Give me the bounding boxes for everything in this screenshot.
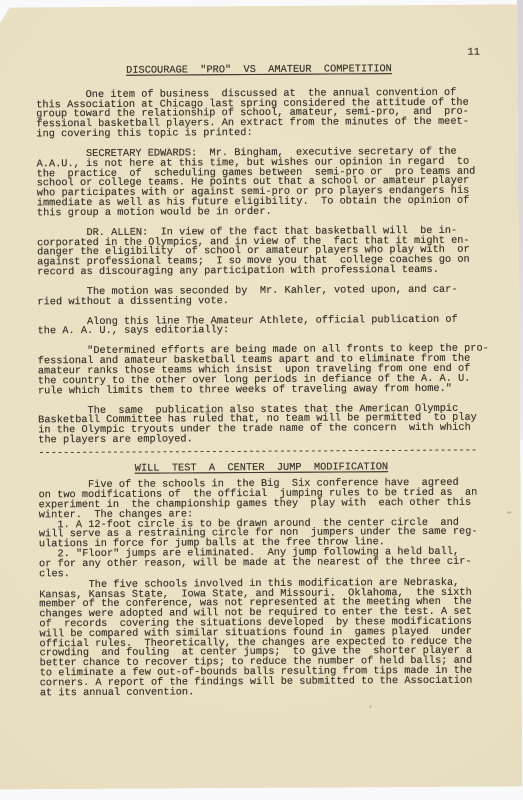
section1-heading: DISCOURAGE "PRO" VS AMATEUR COMPETITION xyxy=(36,65,482,78)
paper-sheet: 11 DISCOURAGE "PRO" VS AMATEUR COMPETITI… xyxy=(0,4,522,789)
paragraph-motion-seconded: The motion was seconded by Mr. Kahler, v… xyxy=(37,285,483,307)
page-number: 11 xyxy=(468,49,480,59)
dashed-separator: ----------------------------------------… xyxy=(38,446,484,459)
paragraph-secretary-edwards: SECRETARY EDWARDS: Mr. Bingham, executiv… xyxy=(36,148,482,219)
section2-heading: WILL TEST A CENTER JUMP MODIFICATION xyxy=(38,462,484,475)
paragraph-five-schools: The five schools involved in this modifi… xyxy=(39,578,486,698)
paragraph-olympic-committee: The same publication also states that th… xyxy=(38,404,484,446)
paper-speck xyxy=(369,705,372,708)
scanned-document-photo: { "page_number": "11", "paper_color": "#… xyxy=(0,0,523,800)
paragraph-determined-efforts-quote: "Determined efforts are being made on al… xyxy=(38,345,484,397)
paragraph-dr-allen: DR. ALLEN: In view of the fact that bask… xyxy=(37,226,483,278)
paragraph-convention-intro: One item of business discussed at the an… xyxy=(36,88,482,140)
paper-speck xyxy=(507,511,512,513)
paragraph-jump-rule-changes: Five of the schools in the Big Six confe… xyxy=(39,479,486,580)
paragraph-amateur-athlete: Along this line The Amateur Athlete, off… xyxy=(38,315,484,337)
typewritten-content: 11 DISCOURAGE "PRO" VS AMATEUR COMPETITI… xyxy=(36,57,486,699)
